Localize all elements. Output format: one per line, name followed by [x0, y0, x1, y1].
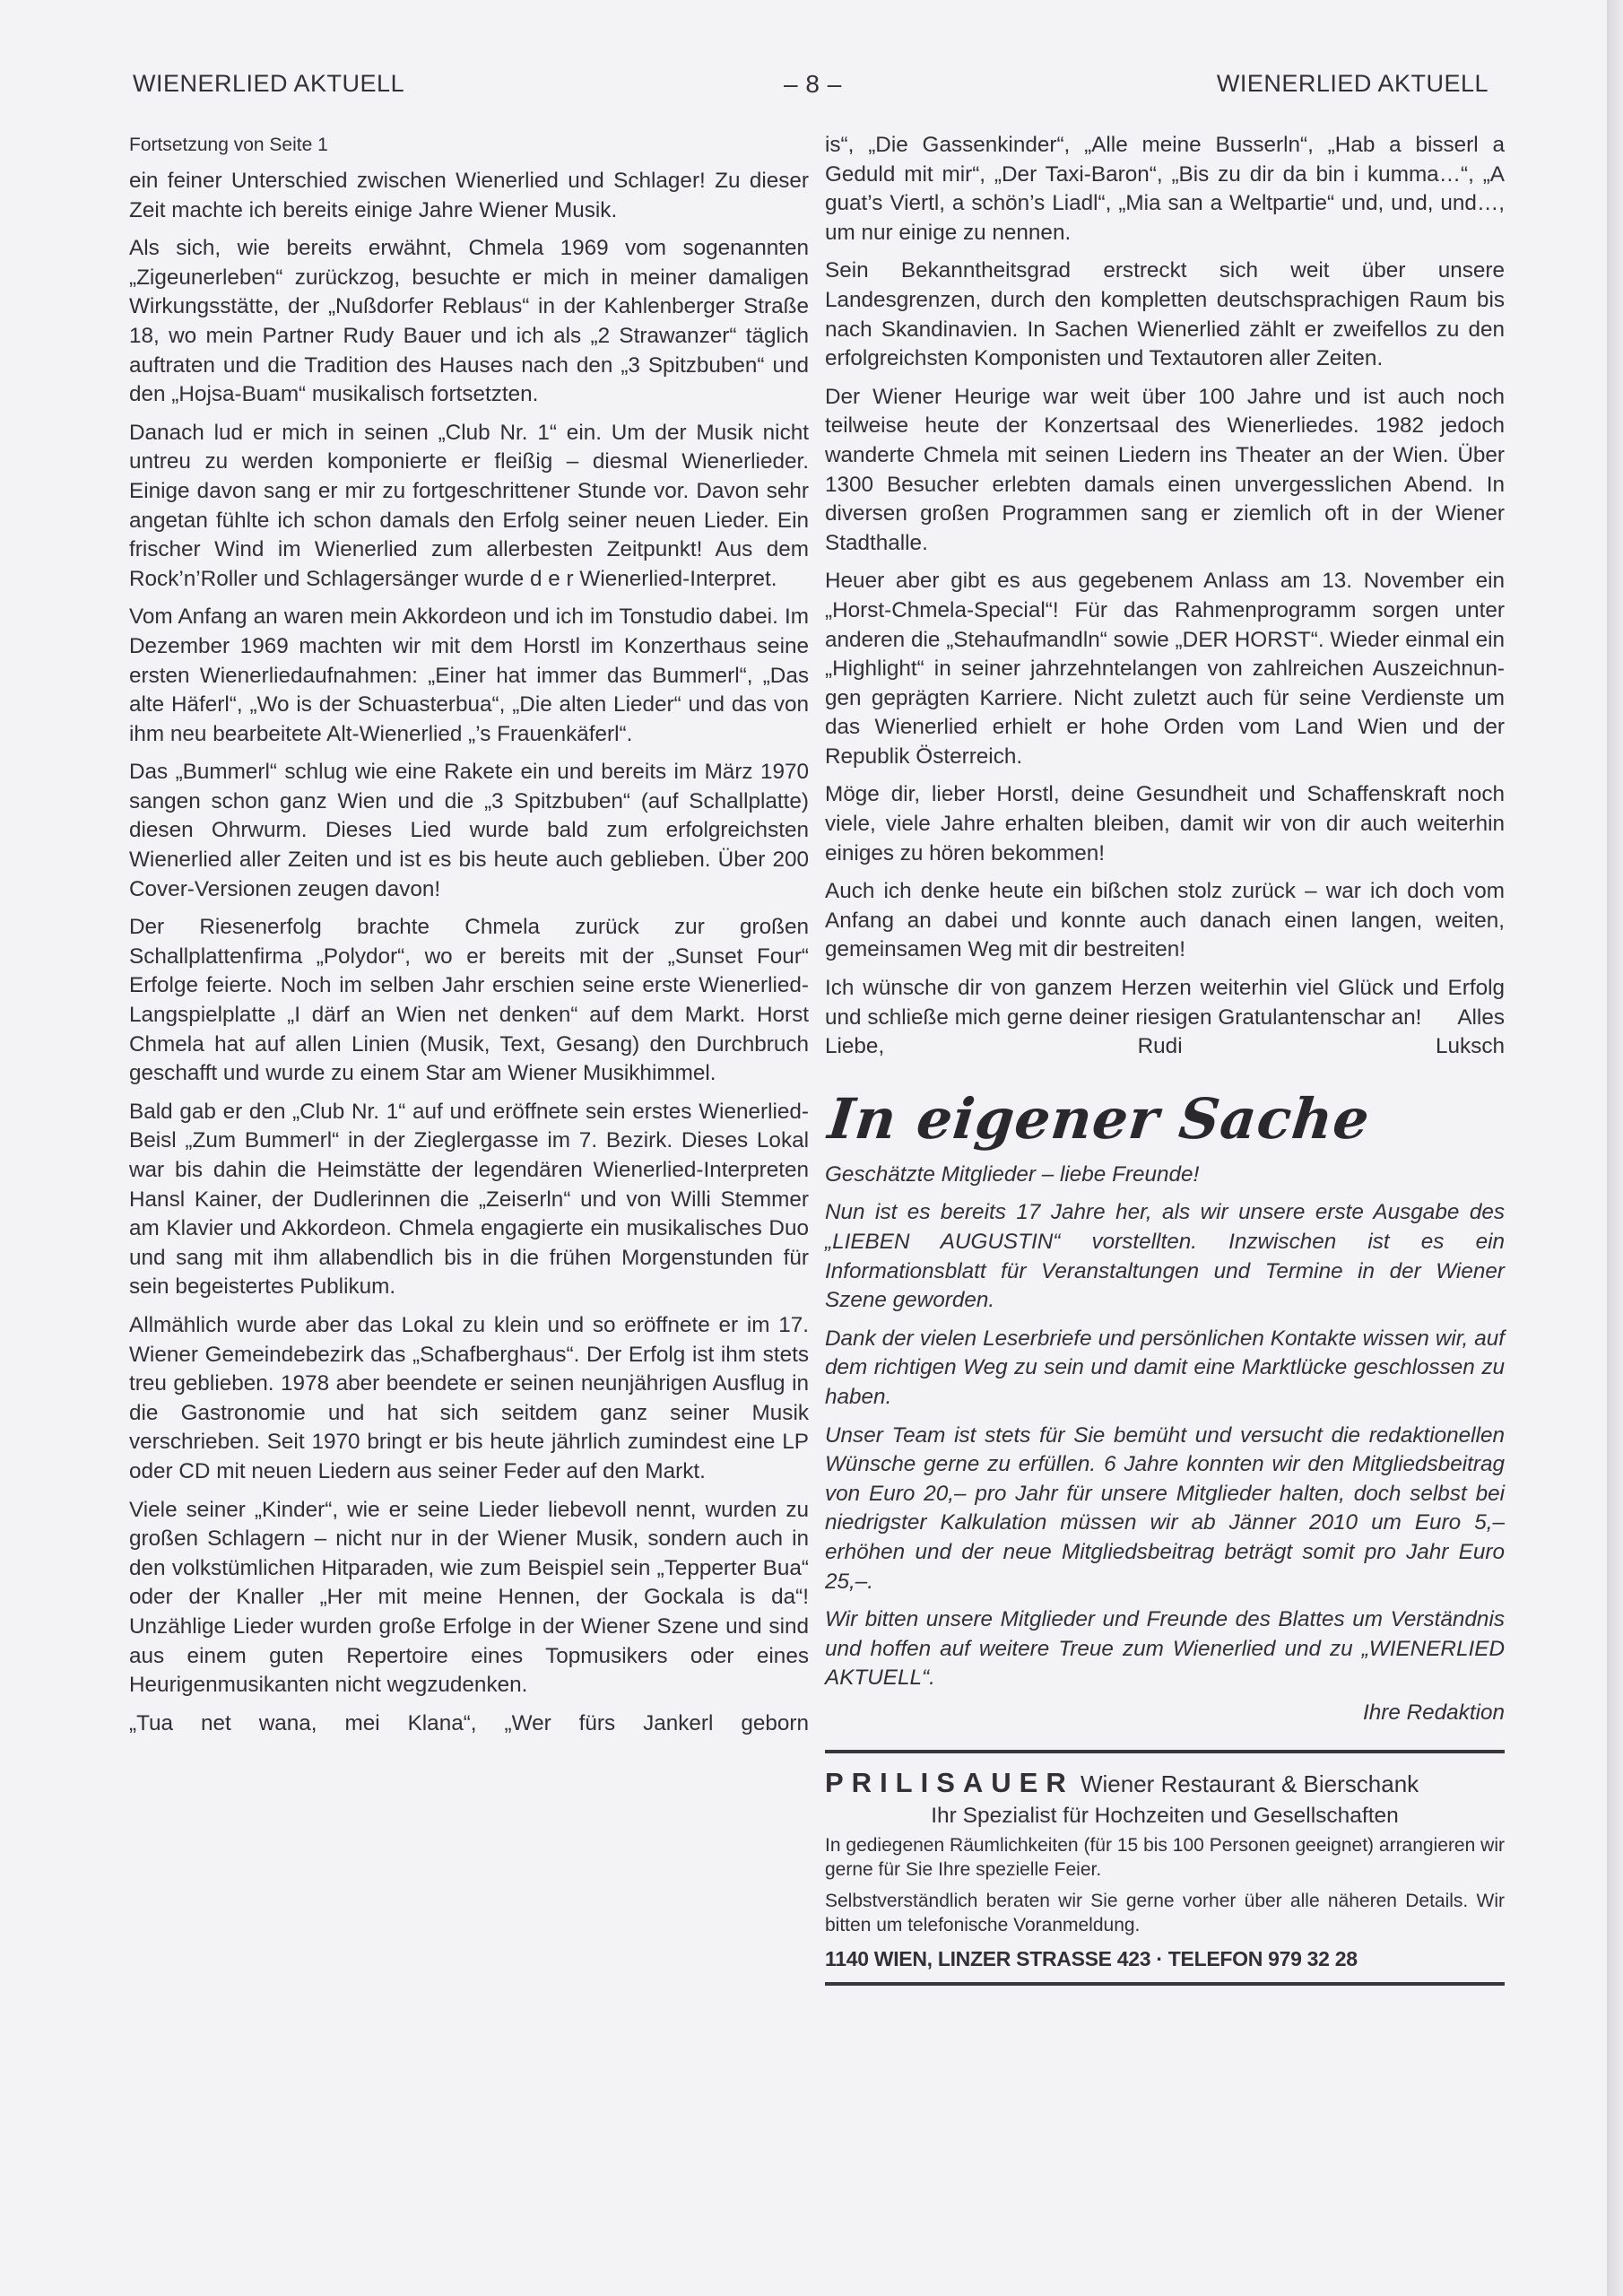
- editorial-signoff: Ihre Redaktion: [825, 1699, 1505, 1728]
- page-header: WIENERLIED AKTUELL – 8 – WIENERLIED AKTU…: [133, 70, 1488, 106]
- paragraph: Allmählich wurde aber das Lokal zu klein…: [129, 1311, 809, 1487]
- paragraph: Das „Bummerl“ schlug wie eine Rakete ein…: [129, 758, 809, 904]
- ad-address-phone: 1140 WIEN, LINZER STRASSE 423 · TELEFON …: [825, 1944, 1505, 1973]
- paragraph: Bald gab er den „Club Nr. 1“ auf und erö…: [129, 1098, 809, 1302]
- paragraph: Der Wiener Heurige war weit über 100 Jah…: [825, 383, 1505, 559]
- paragraph: is“, „Die Gassenkinder“, „Alle meine Bus…: [825, 131, 1505, 248]
- editorial-paragraph: Unser Team ist stets für Sie bemüht und …: [825, 1422, 1505, 1597]
- ad-body-text: Selbstverständlich beraten wir Sie gerne…: [825, 1889, 1505, 1937]
- paragraph: Danach lud er mich in seinen „Club Nr. 1…: [129, 419, 809, 595]
- closing-paragraph: Ich wünsche dir von ganzem Herzen weiter…: [825, 974, 1505, 1062]
- paragraph: Auch ich denke heute ein bißchen stolz z…: [825, 877, 1505, 965]
- editorial-title: In eigener Sache: [825, 1085, 1508, 1153]
- ad-brand-name: PRILISAUER: [825, 1767, 1074, 1798]
- ad-tagline: Ihr Spezialist für Hochzeiten und Gesell…: [825, 1801, 1505, 1831]
- paragraph: Viele seiner „Kinder“, wie er seine Lied…: [129, 1496, 809, 1700]
- article-left-column: Fortsetzung von Seite 1 ein feiner Unter…: [129, 133, 809, 1747]
- header-publication-right: WIENERLIED AKTUELL: [1217, 70, 1488, 98]
- closing-text: Ich wünsche dir von ganzem Herzen weiter…: [825, 976, 1505, 1030]
- paragraph: Heuer aber gibt es aus gegebenem Anlass …: [825, 567, 1505, 771]
- header-publication-left: WIENERLIED AKTUELL: [133, 70, 404, 98]
- paragraph: Als sich, wie bereits erwähnt, Chmela 19…: [129, 234, 809, 410]
- page-number: – 8 –: [784, 70, 842, 99]
- editorial-paragraph: Dank der vielen Leserbriefe und persönli…: [825, 1325, 1505, 1413]
- ad-heading: PRILISAUER Wiener Restaurant & Bierschan…: [825, 1766, 1505, 1801]
- restaurant-advertisement: PRILISAUER Wiener Restaurant & Bierschan…: [825, 1750, 1505, 1986]
- paragraph: Möge dir, lieber Horstl, deine Gesundhei…: [825, 780, 1505, 868]
- editorial-paragraph: Nun ist es bereits 17 Jahre her, als wir…: [825, 1198, 1505, 1315]
- paragraph-continued: „Tua net wana, mei Klana“, „Wer fürs Jan…: [129, 1709, 809, 1739]
- paragraph: ein feiner Unterschied zwischen Wienerli…: [129, 167, 809, 225]
- ad-body-text: In gediegenen Räumlichkeiten (für 15 bis…: [825, 1833, 1505, 1882]
- page-edge: [1607, 0, 1623, 2296]
- editorial-greeting: Geschätzte Mitglieder – liebe Freunde!: [825, 1161, 1505, 1190]
- editorial-paragraph: Wir bitten unsere Mitglieder und Freunde…: [825, 1605, 1505, 1693]
- article-right-column: is“, „Die Gassenkinder“, „Alle meine Bus…: [825, 131, 1505, 1986]
- ad-subtitle: Wiener Restaurant & Bierschank: [1081, 1770, 1419, 1797]
- paragraph: Der Riesenerfolg brachte Chmela zurück z…: [129, 913, 809, 1089]
- continuation-note: Fortsetzung von Seite 1: [129, 133, 809, 158]
- paragraph: Sein Bekanntheitsgrad erstreckt sich wei…: [825, 257, 1505, 373]
- editorial-section: In eigener Sache Geschätzte Mitglieder –…: [825, 1085, 1505, 1728]
- paragraph: Vom Anfang an waren mein Akkordeon und i…: [129, 603, 809, 749]
